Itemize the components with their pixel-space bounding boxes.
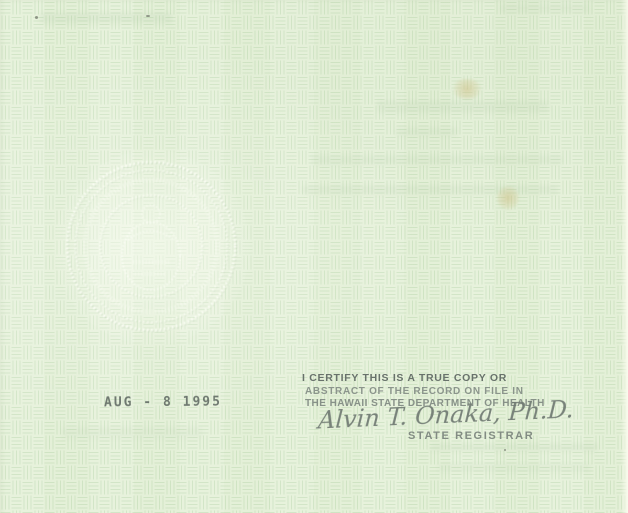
ink-speck [146,15,150,17]
document-back-page: AUG - 8 1995 I CERTIFY THIS IS A TRUE CO… [0,0,628,513]
ink-speck [504,449,506,451]
date-received-stamp: AUG - 8 1995 [104,395,222,411]
registrar-title: STATE REGISTRAR [408,430,534,442]
certification-stamp-line2: ABSTRACT OF THE RECORD ON FILE IN [305,386,562,397]
certification-stamp-line1: I CERTIFY THIS IS A TRUE COPY OR [302,372,562,384]
ink-speck [35,16,38,19]
